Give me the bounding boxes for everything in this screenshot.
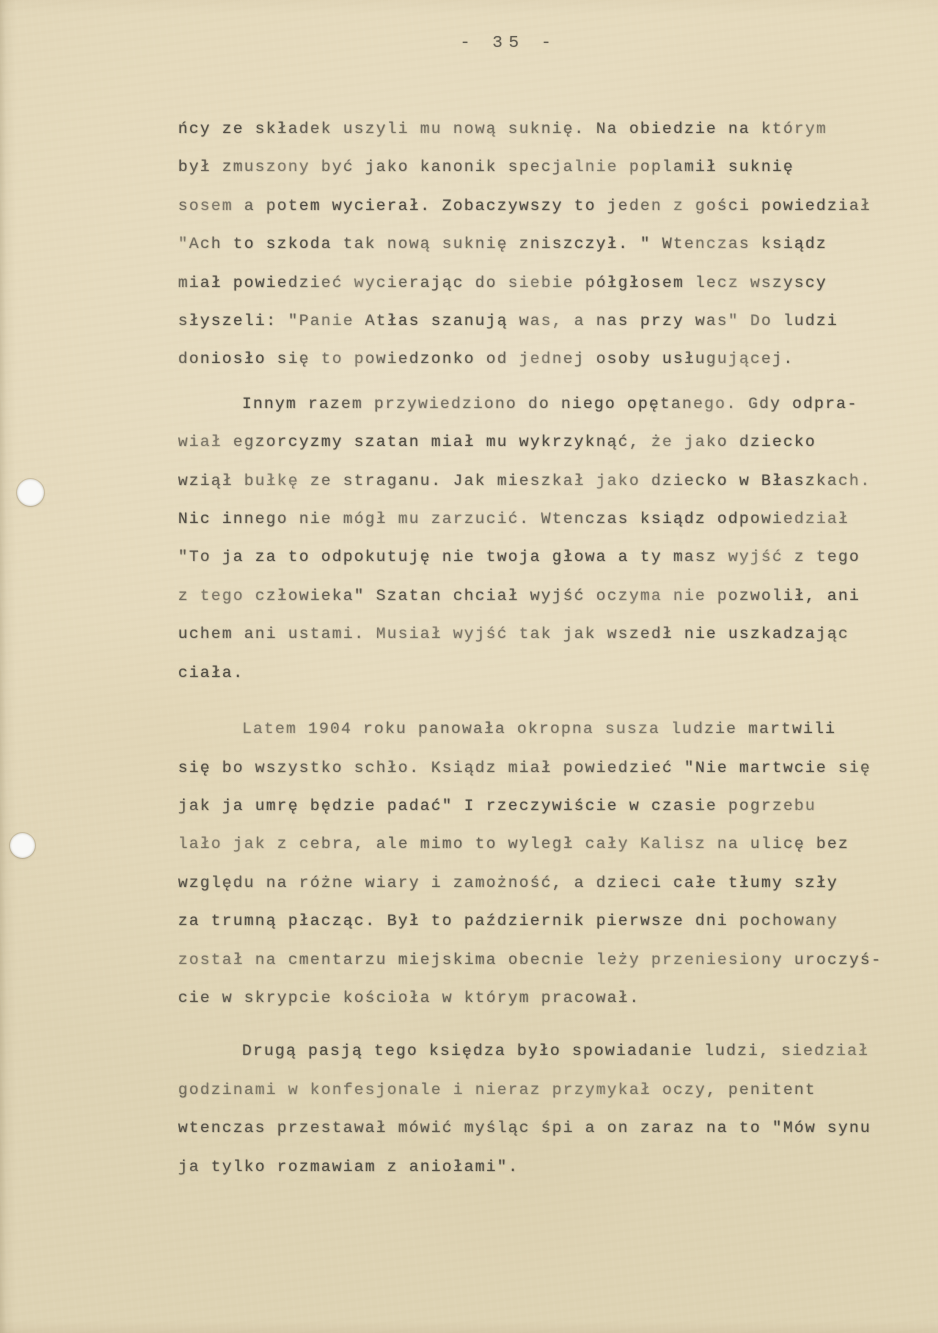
text-line: Nic innego nie mógł mu zarzucić. Wtencza… xyxy=(178,500,938,538)
text-line: uchem ani ustami. Musiał wyjść tak jak w… xyxy=(178,615,938,653)
page-number: - 35 - xyxy=(460,34,557,53)
text-line: ja tylko rozmawiam z aniołami". xyxy=(178,1148,938,1186)
text-line: jak ja umrę będzie padać" I rzeczywiście… xyxy=(178,787,938,825)
text-line: godzinami w konfesjonale i nieraz przymy… xyxy=(178,1071,938,1109)
paragraph: Drugą pasją tego księdza było spowiadani… xyxy=(178,1032,938,1186)
text-line: doniosło się to powiedzonko od jednej os… xyxy=(178,340,938,378)
paragraph: Latem 1904 roku panowała okropna susza l… xyxy=(178,710,938,1017)
hole-punch-bottom xyxy=(10,833,35,858)
paragraph: Innym razem przywiedziono do niego opęta… xyxy=(178,385,938,692)
text-line: miał powiedzieć wycierając do siebie pół… xyxy=(178,264,938,302)
text-line: cie w skrypcie kościoła w którym pracowa… xyxy=(178,979,938,1017)
text-line: z tego człowieka" Szatan chciał wyjść oc… xyxy=(178,577,938,615)
text-line: "Ach to szkoda tak nową suknię zniszczył… xyxy=(178,225,938,263)
text-line: Innym razem przywiedziono do niego opęta… xyxy=(178,385,938,423)
hole-punch-top xyxy=(17,479,44,506)
text-line: był zmuszony być jako kanonik specjalnie… xyxy=(178,148,938,186)
paragraph: ńcy ze składek uszyli mu nową suknię. Na… xyxy=(178,110,938,379)
text-line: "To ja za to odpokutuję nie twoja głowa … xyxy=(178,538,938,576)
text-line: Latem 1904 roku panowała okropna susza l… xyxy=(178,710,938,748)
text-line: ńcy ze składek uszyli mu nową suknię. Na… xyxy=(178,110,938,148)
text-line: sosem a potem wycierał. Zobaczywszy to j… xyxy=(178,187,938,225)
text-line: został na cmentarzu miejskima obecnie le… xyxy=(178,941,938,979)
text-line: za trumną płacząc. Był to październik pi… xyxy=(178,902,938,940)
text-line: wtenczas przestawał mówić myśląc śpi a o… xyxy=(178,1109,938,1147)
text-line: lało jak z cebra, ale mimo to wyległ cał… xyxy=(178,825,938,863)
text-line: ciała. xyxy=(178,654,938,692)
text-line: Drugą pasją tego księdza było spowiadani… xyxy=(178,1032,938,1070)
text-line: względu na różne wiary i zamożność, a dz… xyxy=(178,864,938,902)
text-line: się bo wszystko schło. Ksiądz miał powie… xyxy=(178,749,938,787)
typewritten-text: ńcy ze składek uszyli mu nową suknię. Na… xyxy=(178,110,938,1186)
text-line: wziął bułkę ze straganu. Jak mieszkał ja… xyxy=(178,462,938,500)
scanned-document-page: - 35 - ńcy ze składek uszyli mu nową suk… xyxy=(0,0,938,1333)
text-line: wiał egzorcyzmy szatan miał mu wykrzykną… xyxy=(178,423,938,461)
text-line: słyszeli: "Panie Atłas szanują was, a na… xyxy=(178,302,938,340)
